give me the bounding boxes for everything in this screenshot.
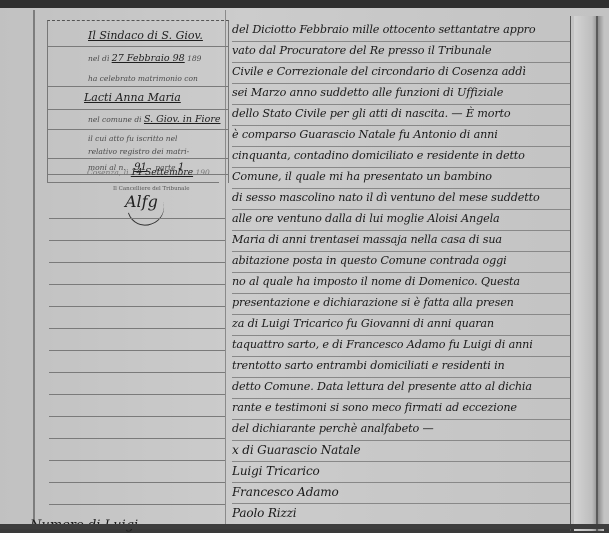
- signature-officer: Paolo Rizzi: [232, 503, 570, 524]
- stub-comune-line: nel comune di S. Giov. in Fiore: [88, 114, 222, 125]
- printed-registro: relativo registro dei matri-: [88, 147, 189, 156]
- spouse-name-handwritten: Lacti Anna Maria: [84, 91, 181, 104]
- blank-rule: [49, 482, 225, 483]
- page-edge: [574, 16, 604, 529]
- act-line: Civile e Correzionale del circondario di…: [232, 62, 570, 84]
- act-right-border: [570, 16, 571, 529]
- act-line: Comune, il quale mi ha presentato un bam…: [232, 167, 570, 189]
- blank-rule: [49, 262, 225, 263]
- scan-bottom-border: [0, 524, 609, 529]
- blank-rule: [49, 306, 225, 307]
- signature-witness-1: Luigi Tricarico: [232, 461, 570, 483]
- scan-top-border: [0, 0, 609, 8]
- printed-nel-di: nel dì: [88, 54, 109, 63]
- act-line: alle ore ventuno dalla di lui moglie Alo…: [232, 209, 570, 231]
- stub-cosenza-line: Cosenza, lì 14 Settembre 190: [87, 168, 219, 178]
- act-line: trentotto sarto entrambi domiciliati e r…: [232, 356, 570, 378]
- stub-registro-line: relativo registro dei matri-: [88, 147, 222, 156]
- act-line: del dichiarante perchè analfabeto —: [232, 419, 570, 441]
- blank-rule: [49, 394, 225, 395]
- stub-iscritto-line: il cui atto fu iscritto nel: [88, 134, 222, 143]
- register-page-scan: Il Sindaco di S. Giov. nel dì 27 Febbrai…: [0, 8, 609, 529]
- act-line: vato dal Procuratore del Re presso il Tr…: [232, 41, 570, 63]
- act-line: sei Marzo anno suddetto alle funzioni di…: [232, 83, 570, 105]
- act-line: taquattro sarto, e di Francesco Adamo fu…: [232, 335, 570, 357]
- blank-rule: [49, 350, 225, 351]
- comune-handwritten: S. Giov. in Fiore: [144, 114, 221, 125]
- act-line: detto Comune. Data lettura del presente …: [232, 377, 570, 399]
- printed-iscritto: il cui atto fu iscritto nel: [88, 134, 177, 143]
- marriage-date-handwritten: 27 Febbraio 98: [112, 53, 185, 64]
- printed-nel-comune: nel comune di: [88, 115, 142, 124]
- act-line: za di Luigi Tricarico fu Giovanni di ann…: [232, 314, 570, 336]
- margin-annotation-column: Il Sindaco di S. Giov. nel dì 27 Febbrai…: [33, 10, 226, 525]
- stub-rule: [48, 46, 228, 47]
- blank-rule: [49, 372, 225, 373]
- printed-celebrated: ha celebrato matrimonio con: [88, 74, 198, 83]
- act-line: Maria di anni trentasei massaja nella ca…: [232, 230, 570, 252]
- stub-date-line: nel dì 27 Febbraio 98 189: [88, 53, 222, 64]
- printed-year: 189: [187, 54, 201, 63]
- blank-rule: [49, 218, 225, 219]
- blank-rule: [49, 438, 225, 439]
- act-line: cinquanta, contadino domiciliato e resid…: [232, 146, 570, 168]
- stub-rule: [48, 86, 228, 87]
- stub-rule: [48, 129, 228, 130]
- marriage-annotation-stub: Il Sindaco di S. Giov. nel dì 27 Febbrai…: [47, 20, 229, 183]
- stub-spouse-line: Lacti Anna Maria: [84, 91, 222, 104]
- act-line: di sesso mascolino nato il dì ventuno de…: [232, 188, 570, 210]
- stub-rule: [48, 158, 228, 159]
- page-fold-line: [596, 16, 598, 529]
- mayor-handwritten: Il Sindaco di S. Giov.: [88, 29, 203, 42]
- signature-mark-declarant: x di Guarascio Natale: [232, 440, 570, 462]
- act-line: dello Stato Civile per gli atti di nasci…: [232, 104, 570, 126]
- blank-rule: [49, 504, 225, 505]
- act-line: è comparso Guarascio Natale fu Antonio d…: [232, 125, 570, 147]
- annotation-date-handwritten: 14 Settembre: [131, 168, 193, 178]
- stub-mayor-line: Il Sindaco di S. Giov.: [88, 29, 222, 42]
- signature-witness-2: Francesco Adamo: [232, 482, 570, 504]
- stub-rule: [47, 182, 219, 183]
- stub-celebrated-line: ha celebrato matrimonio con: [88, 74, 222, 83]
- blank-rule: [49, 416, 225, 417]
- blank-rule: [49, 240, 225, 241]
- blank-rule: [49, 284, 225, 285]
- printed-year-190: 190: [195, 168, 209, 177]
- blank-rule: [49, 460, 225, 461]
- birth-act-text: del Diciotto Febbraio mille ottocento se…: [232, 16, 570, 529]
- act-line: del Diciotto Febbraio mille ottocento se…: [232, 20, 570, 42]
- act-line: no al quale ha imposto il nome di Domeni…: [232, 272, 570, 294]
- blank-rule: [49, 328, 225, 329]
- act-line: presentazione e dichiarazione si è fatta…: [232, 293, 570, 315]
- printed-cosenza: Cosenza, lì: [87, 168, 128, 177]
- act-line: rante e testimoni si sono meco firmati a…: [232, 398, 570, 420]
- act-line: abitazione posta in questo Comune contra…: [232, 251, 570, 273]
- stub-rule: [48, 109, 228, 110]
